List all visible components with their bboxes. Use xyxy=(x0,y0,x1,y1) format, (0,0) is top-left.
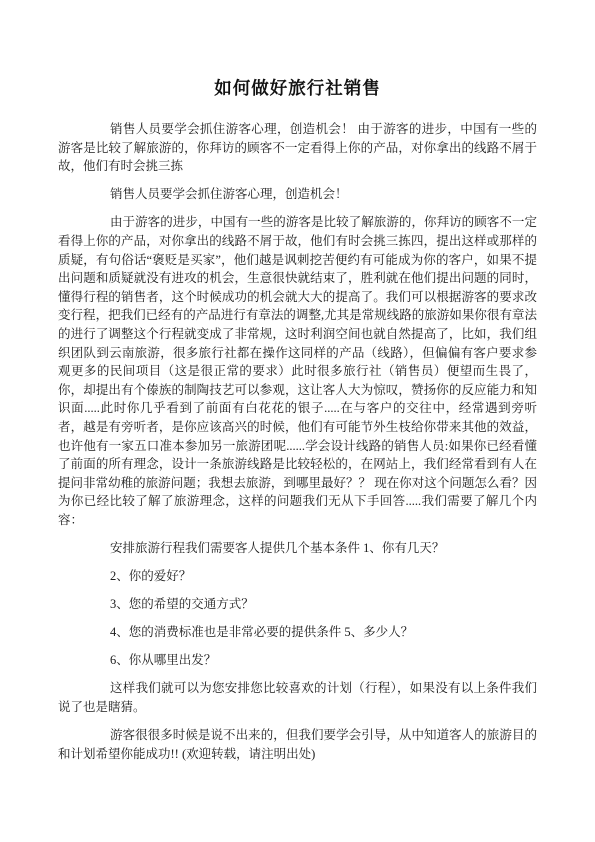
document-title: 如何做好旅行社销售 xyxy=(58,76,537,100)
paragraph-lead: 销售人员要学会抓住游客心理，创造机会！ xyxy=(58,185,537,204)
list-item-3: 3、您的希望的交通方式？ xyxy=(58,595,537,614)
list-item-1: 安排旅游行程我们需要客人提供几个基本条件 1、你有几天？ xyxy=(58,539,537,558)
list-item-4: 4、您的消费标准也是非常必要的提供条件 5、多少人？ xyxy=(58,623,537,642)
paragraph-summary: 这样我们就可以为您安排您比较喜欢的计划（行程），如果没有以上条件我们说了也是瞎猜… xyxy=(58,679,537,716)
paragraph-intro: 销售人员要学会抓住游客心理，创造机会！ 由于游客的进步，中国有一些的游客是比较了… xyxy=(58,120,537,176)
paragraph-body: 由于游客的进步，中国有一些的游客是比较了解旅游的，你拜访的顾客不一定看得上你的产… xyxy=(58,213,537,529)
document-page: 如何做好旅行社销售 销售人员要学会抓住游客心理，创造机会！ 由于游客的进步，中国… xyxy=(0,0,595,842)
list-item-6: 6、你从哪里出发？ xyxy=(58,651,537,670)
list-item-2: 2、你的爱好？ xyxy=(58,567,537,586)
paragraph-closing: 游客很很多时候是说不出来的，但我们要学会引导，从中知道客人的旅游目的和计划希望你… xyxy=(58,726,537,763)
